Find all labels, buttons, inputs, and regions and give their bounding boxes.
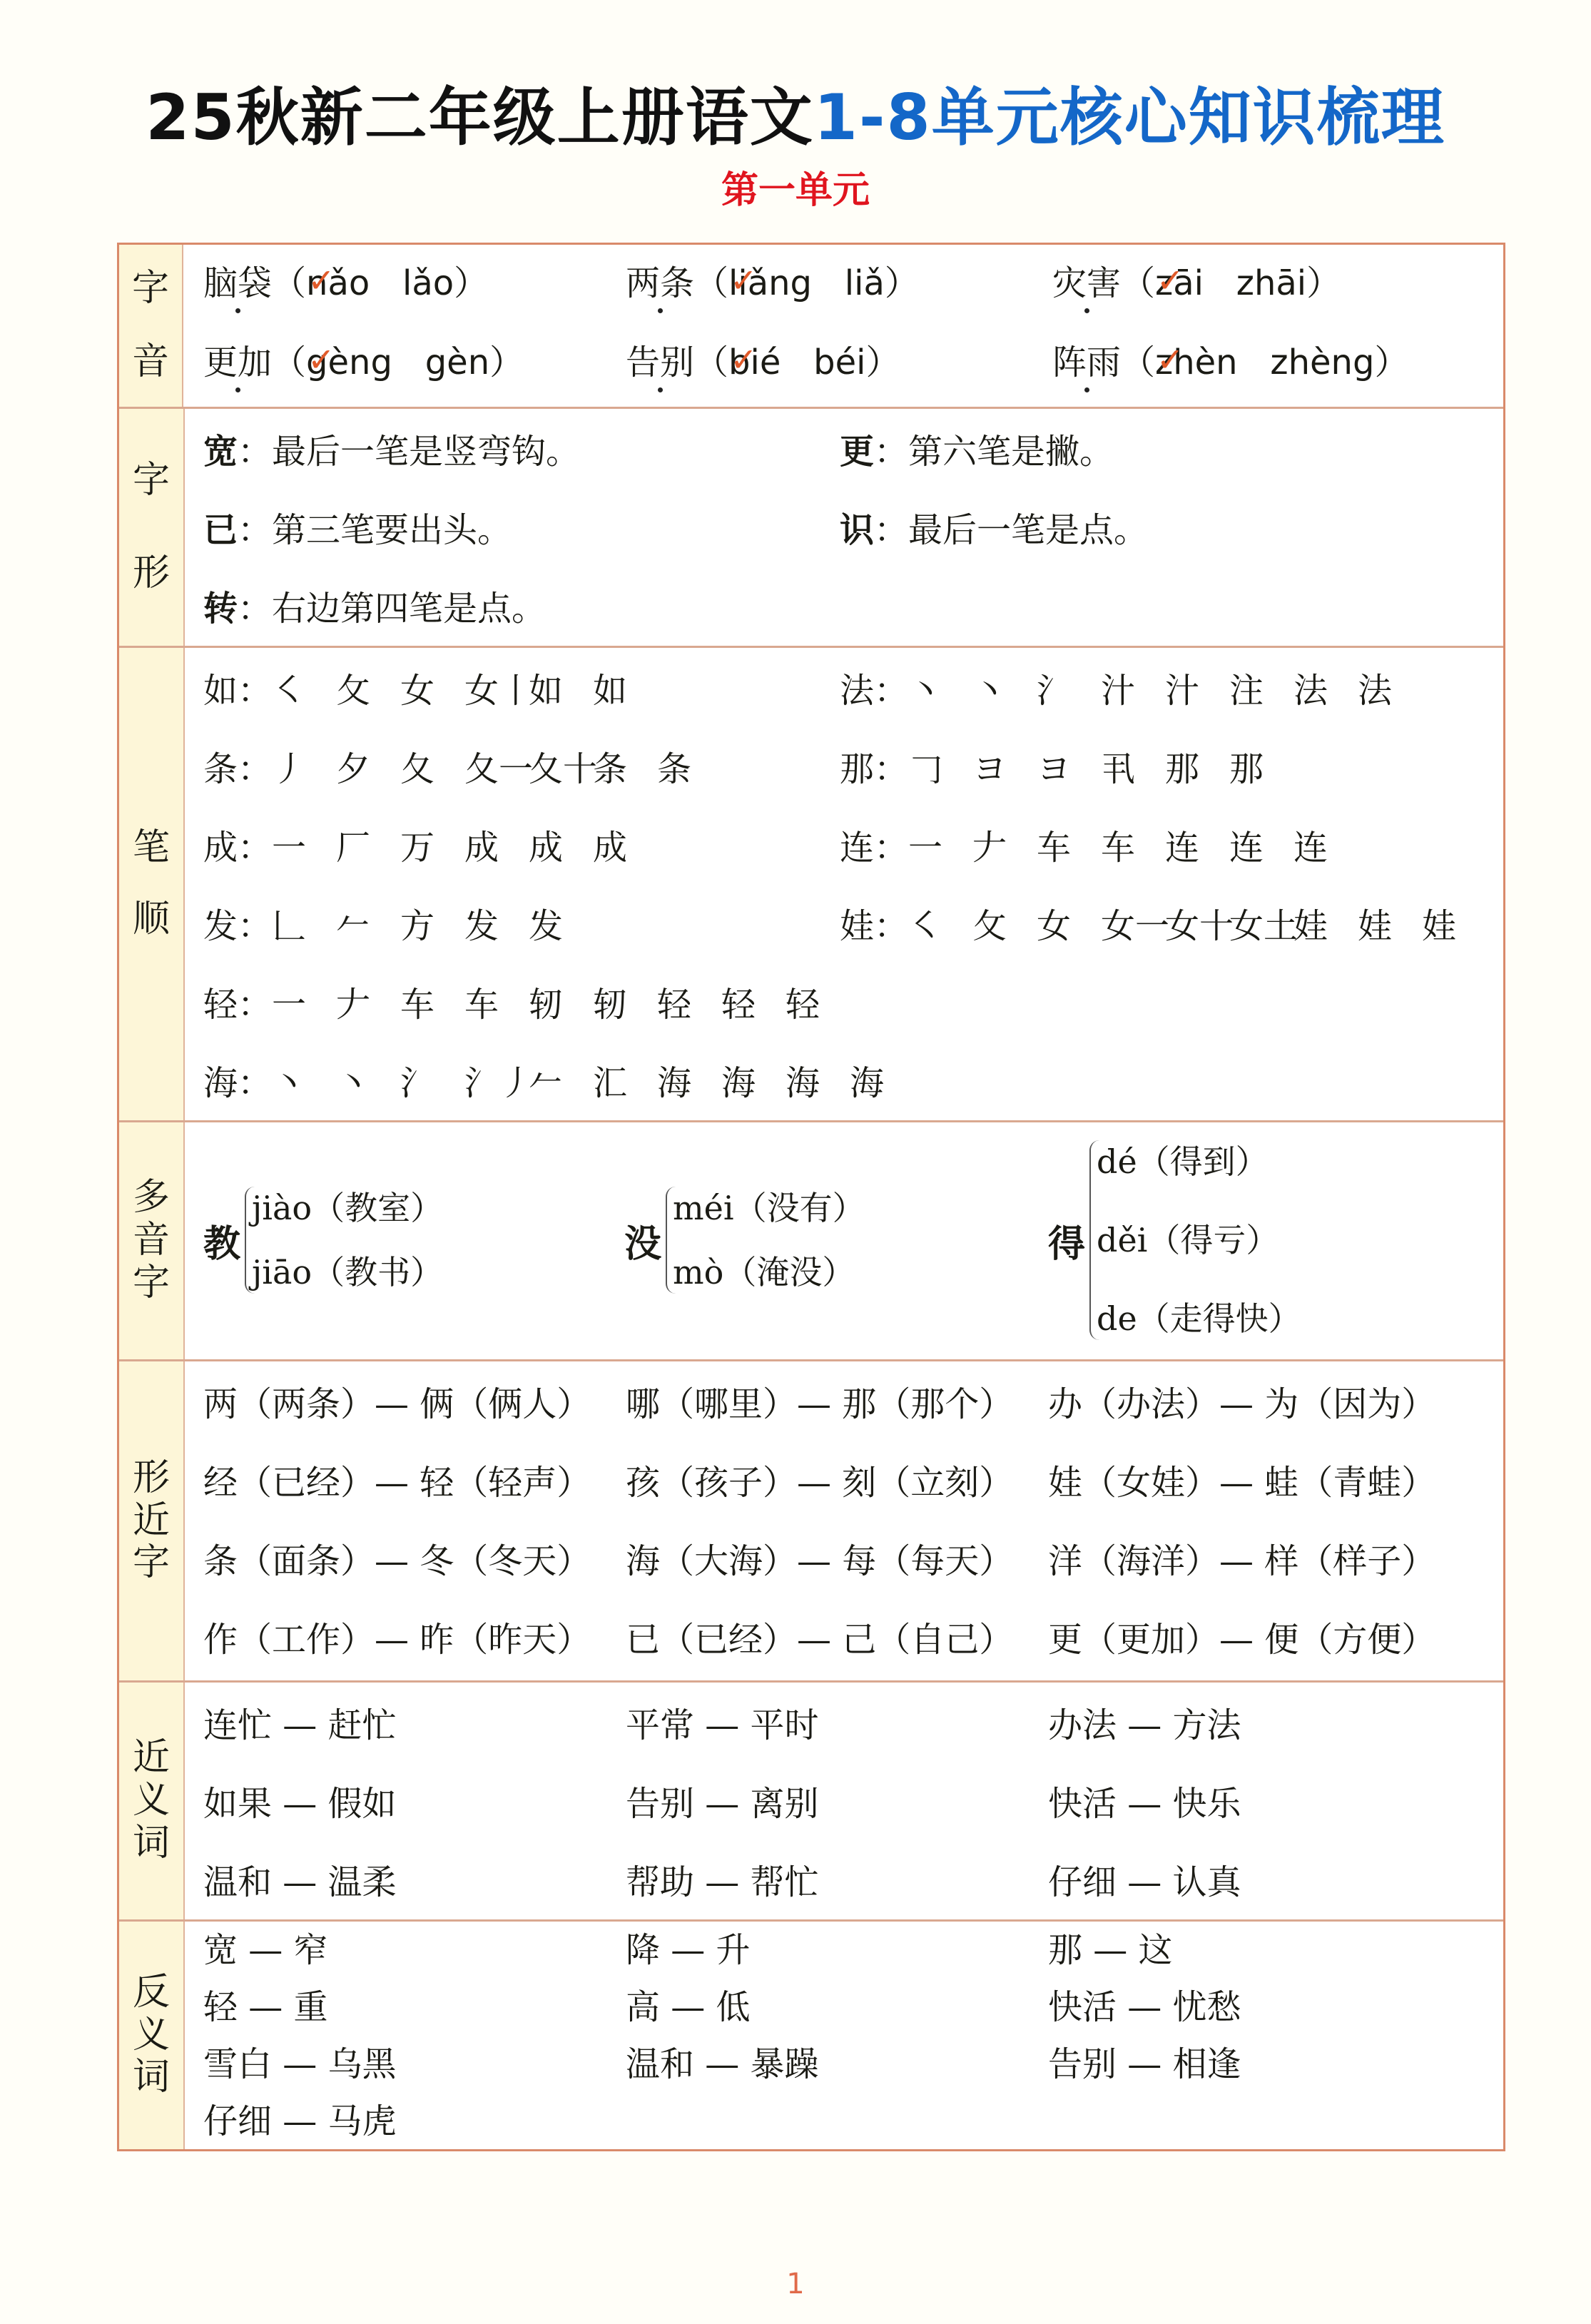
glyph-note-text: ：右边第四笔是点。 [238,589,546,629]
stroke-step: 发 [529,905,593,948]
antonym-pair: 快活 — 忧愁 [1048,1986,1241,2029]
stroke-step: 车 [1037,826,1101,869]
section-zi-yin: 字 音 脑袋（nǎo lǎo） 两条（liǎng liǎ） 灾害（zāi zhā… [119,245,1503,409]
stroke-step: 条 [657,748,721,791]
stroke-order-row: 法：丶丶氵汁汁注法法 [840,669,1422,712]
section-content: 教 jiào（教室） jiāo（教书） 没 méi（没有） mò（淹没） 得 d… [183,1122,1503,1359]
section-content: 如：㇛攵女女丨如如 条：丿夕夂夂一夂十条条 成：一厂万成成成 发：𠃊𠂉方发发 轻… [183,648,1503,1120]
page-number: 1 [0,2268,1591,2300]
polyphone-char: 得 [1048,1214,1085,1267]
label-char: 反 [133,1972,170,2014]
stroke-step: 夂 [400,748,464,791]
stroke-step: 女 [400,669,464,712]
antonym-pair: 降 — 升 [626,1929,751,1972]
stroke-char: 条 [203,749,238,789]
pinyin-item: 灾害（zāi zhāi） [1052,262,1341,305]
stroke-step: 夂十 [529,748,593,791]
stroke-order-row: 轻：一𠂇车车轫轫轻轻轻 [203,983,850,1026]
word: 灾害 [1052,263,1121,303]
stroke-step: 如 [529,669,593,712]
antonym-pair: 那 — 这 [1048,1929,1173,1972]
stroke-step: ヨ [972,748,1037,791]
stroke-step: 丶 [972,669,1037,712]
section-content: 宽 — 窄 降 — 升 那 — 这 轻 — 重 高 — 低 快活 — 忧愁 雪白… [183,1922,1503,2149]
stroke-step: 𠂇 [972,826,1037,869]
label-char: 词 [133,1822,170,1865]
title-blue: 1-8单元核心知识梳理 [814,81,1445,154]
stroke-step: 轻 [786,983,850,1026]
pinyin-option: zhèng [1270,342,1374,382]
stroke-step: 氵 [400,1062,464,1105]
stroke-step: 丮 [1101,748,1165,791]
section-label: 字 音 [119,245,183,407]
stroke-step: 女 [1037,905,1101,948]
antonym-pair: 雪白 — 乌黑 [203,2043,397,2086]
unit-subtitle: 第一单元 [0,166,1591,215]
section-label: 字 形 [119,409,185,646]
stroke-order-row: 条：丿夕夂夂一夂十条条 [203,748,721,791]
word: 脑袋 [203,263,272,303]
title-black: 25秋新二年级上册语文 [146,81,813,154]
stroke-step: 连 [1165,826,1229,869]
stroke-step: 𠃊 [272,905,336,948]
reading: mò（淹没） [673,1251,865,1294]
brace: méi（没有） mò（淹没） [666,1187,865,1294]
stroke-step: ㇛ [272,669,336,712]
stroke-step: 女土 [1229,905,1293,948]
polyphone-item: 没 méi（没有） mò（淹没） [624,1179,865,1301]
word: 阵雨 [1052,342,1121,382]
pinyin-correct: gèng [306,342,392,382]
synonym-pair: 办法 — 方法 [1048,1704,1241,1747]
stroke-step: 女一 [1101,905,1165,948]
pinyin-correct: liǎng [728,263,812,303]
synonym-pair: 温和 — 温柔 [203,1861,397,1904]
stroke-step: 海 [786,1062,850,1105]
synonym-pair: 告别 — 离别 [626,1782,819,1825]
pinyin-item: 阵雨（zhèn zhèng） [1052,341,1408,384]
similar-pair: 海（大海）— 每（每天） [626,1540,1013,1583]
stroke-step: 攵 [972,905,1037,948]
glyph-char: 转 [203,589,238,629]
section-label: 多 音 字 [119,1122,185,1359]
stroke-step: 娃 [1293,905,1358,948]
label-char: 字 [132,268,169,310]
pinyin-item: 告别（bié béi） [626,341,900,384]
polyphone-char: 教 [203,1214,240,1267]
stroke-step: 丶 [272,1062,336,1105]
stroke-step: 方 [400,905,464,948]
stroke-char: 那 [840,749,874,789]
stroke-order-row: 娃：㇛攵女女一女十女土娃娃娃 [840,905,1486,948]
label-char: 笔 [133,827,170,870]
stroke-step: 车 [464,983,529,1026]
stroke-order-row: 那：𠃌ヨヨ丮那那 [840,748,1293,791]
reading: méi（没有） [673,1187,865,1229]
stroke-step: 丶 [908,669,972,712]
stroke-step: 万 [400,826,464,869]
stroke-step: 车 [400,983,464,1026]
stroke-step: 成 [529,826,593,869]
stroke-order-row: 海：丶丶氵氵丿𠂉汇海海海海 [203,1062,914,1105]
antonym-pair: 宽 — 窄 [203,1929,328,1972]
stroke-step: 一 [272,983,336,1026]
similar-pair: 已（已经）— 己（自己） [626,1618,1013,1661]
stroke-char: 成 [203,828,238,868]
glyph-note: 宽：最后一笔是竖弯钩。 [203,430,580,473]
similar-pair: 两（两条）— 俩（俩人） [203,1383,591,1426]
pinyin-option: gèn [425,342,489,382]
stroke-step: 海 [721,1062,786,1105]
stroke-step: 汇 [593,1062,657,1105]
stroke-char: 如 [203,671,238,711]
similar-pair: 条（面条）— 冬（冬天） [203,1540,591,1583]
section-duo-yin-zi: 多 音 字 教 jiào（教室） jiāo（教书） 没 méi（没有） mò（淹… [119,1122,1503,1361]
stroke-step: 如 [593,669,657,712]
stroke-step: 条 [593,748,657,791]
stroke-step: ヨ [1037,748,1101,791]
section-label: 笔 顺 [119,648,185,1120]
pinyin-option: lǎo [402,263,454,303]
glyph-note-text: ：第六笔是撇。 [874,432,1114,472]
similar-pair: 更（更加）— 便（方便） [1048,1618,1435,1661]
pinyin-option: liǎ [845,263,885,303]
stroke-char: 娃 [840,906,874,946]
stroke-order-row: 成：一厂万成成成 [203,826,657,869]
word: 两条 [626,263,694,303]
brace: dé（得到） děi（得亏） de（走得快） [1089,1140,1301,1340]
stroke-step: 车 [1101,826,1165,869]
synonym-pair: 帮助 — 帮忙 [626,1861,819,1904]
antonym-pair: 告别 — 相逢 [1048,2043,1241,2086]
stroke-step: 法 [1293,669,1358,712]
stroke-order-row: 如：㇛攵女女丨如如 [203,669,657,712]
section-jin-yi-ci: 近 义 词 连忙 — 赶忙 平常 — 平时 办法 — 方法 如果 — 假如 告别… [119,1683,1503,1922]
similar-pair: 作（工作）— 昨（昨天） [203,1618,591,1661]
antonym-pair: 温和 — 暴躁 [626,2043,819,2086]
similar-pair: 娃（女娃）— 蛙（青蛙） [1048,1461,1435,1504]
pinyin-correct: zhèn [1155,342,1238,382]
label-char: 音 [132,341,169,384]
similar-pair: 洋（海洋）— 样（样子） [1048,1540,1435,1583]
section-bi-shun: 笔 顺 如：㇛攵女女丨如如 条：丿夕夂夂一夂十条条 成：一厂万成成成 发：𠃊𠂉方… [119,648,1503,1122]
stroke-step: 连 [1293,826,1358,869]
pinyin-item: 两条（liǎng liǎ） [626,262,919,305]
glyph-char: 已 [203,510,238,550]
stroke-char: 法 [840,671,874,711]
stroke-char: 发 [203,906,238,946]
stroke-step: 一 [272,826,336,869]
stroke-step: 𠃌 [908,748,972,791]
stroke-step: 汁 [1101,669,1165,712]
stroke-step: 娃 [1358,905,1422,948]
glyph-char: 识 [840,510,874,550]
page-title: 25秋新二年级上册语文1-8单元核心知识梳理 [0,75,1591,161]
stroke-char: 轻 [203,985,238,1025]
polyphone-char: 没 [624,1214,661,1267]
label-char: 形 [133,1457,170,1500]
section-fan-yi-ci: 反 义 词 宽 — 窄 降 — 升 那 — 这 轻 — 重 高 — 低 快活 —… [119,1922,1503,2149]
label-char: 义 [133,2014,170,2057]
reading: děi（得亏） [1097,1219,1301,1262]
label-char: 字 [133,1262,170,1305]
glyph-note: 更：第六笔是撇。 [840,430,1114,473]
stroke-step: 法 [1358,669,1422,712]
similar-pair: 经（已经）— 轻（轻声） [203,1461,591,1504]
glyph-char: 宽 [203,432,238,472]
label-char: 字 [133,1542,170,1585]
synonym-pair: 仔细 — 认真 [1048,1861,1241,1904]
stroke-step: 汁 [1165,669,1229,712]
label-char: 义 [133,1780,170,1822]
stroke-step: 夂一 [464,748,529,791]
synonym-pair: 连忙 — 赶忙 [203,1704,397,1747]
label-char: 词 [133,2056,170,2099]
section-label: 近 义 词 [119,1683,185,1919]
stroke-step: 丿 [272,748,336,791]
stroke-step: 那 [1229,748,1293,791]
section-content: 两（两条）— 俩（俩人） 哪（哪里）— 那（那个） 办（办法）— 为（因为） 经… [183,1361,1503,1680]
stroke-char: 连 [840,828,874,868]
glyph-note: 识：最后一笔是点。 [840,509,1148,552]
pinyin-item: 脑袋（nǎo lǎo） [203,262,488,305]
stroke-step: 轫 [529,983,593,1026]
stroke-step: 轻 [721,983,786,1026]
reading: jiāo（教书） [252,1251,443,1294]
glyph-note: 已：第三笔要出头。 [203,509,512,552]
label-char: 多 [133,1177,170,1219]
pinyin-option: béi [813,342,865,382]
label-char: 形 [133,552,170,595]
stroke-step: 氵丿 [464,1062,529,1105]
glyph-note-text: ：第三笔要出头。 [238,510,512,550]
word: 更加 [203,342,272,382]
glyph-note: 转：右边第四笔是点。 [203,587,546,630]
stroke-step: 女十 [1165,905,1229,948]
stroke-step: 𠂉 [336,905,400,948]
stroke-step: ㇛ [908,905,972,948]
stroke-order-row: 连：一𠂇车车连连连 [840,826,1358,869]
section-content: 连忙 — 赶忙 平常 — 平时 办法 — 方法 如果 — 假如 告别 — 离别 … [183,1683,1503,1919]
synonym-pair: 快活 — 快乐 [1048,1782,1241,1825]
label-char: 顺 [133,898,170,941]
section-content: 脑袋（nǎo lǎo） 两条（liǎng liǎ） 灾害（zāi zhāi） 更… [183,245,1503,407]
pinyin-item: 更加（gèng gèn） [203,341,524,384]
reading: de（走得快） [1097,1297,1301,1340]
stroke-step: 𠂉 [529,1062,593,1105]
stroke-step: 发 [464,905,529,948]
label-char: 音 [133,1219,170,1262]
antonym-pair: 仔细 — 马虎 [203,2100,397,2143]
word: 告别 [626,342,694,382]
antonym-pair: 轻 — 重 [203,1986,328,2029]
stroke-step: 成 [593,826,657,869]
pinyin-option: zhāi [1236,263,1306,303]
synonym-pair: 如果 — 假如 [203,1782,397,1825]
stroke-step: 厂 [336,826,400,869]
stroke-step: 海 [850,1062,914,1105]
section-content: 宽：最后一笔是竖弯钩。 更：第六笔是撇。 已：第三笔要出头。 识：最后一笔是点。… [183,409,1503,646]
similar-pair: 办（办法）— 为（因为） [1048,1383,1435,1426]
stroke-step: 海 [657,1062,721,1105]
stroke-step: 攵 [336,669,400,712]
reading: dé（得到） [1097,1140,1301,1183]
polyphone-item: 得 dé（得到） děi（得亏） de（走得快） [1048,1137,1301,1344]
similar-pair: 哪（哪里）— 那（那个） [626,1383,1013,1426]
glyph-note-text: ：最后一笔是点。 [874,510,1148,550]
stroke-step: 轻 [657,983,721,1026]
stroke-step: 轫 [593,983,657,1026]
antonym-pair: 高 — 低 [626,1986,751,2029]
stroke-char: 海 [203,1063,238,1103]
similar-pair: 孩（孩子）— 刻（立刻） [626,1461,1013,1504]
polyphone-item: 教 jiào（教室） jiāo（教书） [203,1179,443,1301]
stroke-step: 𠂇 [336,983,400,1026]
stroke-order-row: 发：𠃊𠂉方发发 [203,905,593,948]
pinyin-correct: zāi [1155,263,1204,303]
stroke-step: 娃 [1422,905,1486,948]
label-char: 近 [133,1500,170,1543]
stroke-step: 那 [1165,748,1229,791]
pinyin-correct: nǎo [306,263,370,303]
label-char: 字 [133,460,170,502]
stroke-step: 丶 [336,1062,400,1105]
label-char: 近 [133,1737,170,1780]
section-zi-xing: 字 形 宽：最后一笔是竖弯钩。 更：第六笔是撇。 已：第三笔要出头。 识：最后一… [119,409,1503,648]
stroke-step: 注 [1229,669,1293,712]
section-label: 反 义 词 [119,1922,185,2149]
pinyin-correct: bié [728,342,781,382]
stroke-step: 成 [464,826,529,869]
stroke-step: 夕 [336,748,400,791]
stroke-step: 连 [1229,826,1293,869]
glyph-char: 更 [840,432,874,472]
section-label: 形 近 字 [119,1361,185,1680]
section-xing-jin-zi: 形 近 字 两（两条）— 俩（俩人） 哪（哪里）— 那（那个） 办（办法）— 为… [119,1361,1503,1683]
stroke-step: 女丨 [464,669,529,712]
stroke-step: 氵 [1037,669,1101,712]
knowledge-table: 字 音 脑袋（nǎo lǎo） 两条（liǎng liǎ） 灾害（zāi zhā… [117,243,1505,2151]
brace: jiào（教室） jiāo（教书） [245,1187,443,1294]
glyph-note-text: ：最后一笔是竖弯钩。 [238,432,580,472]
stroke-step: 一 [908,826,972,869]
synonym-pair: 平常 — 平时 [626,1704,819,1747]
reading: jiào（教室） [252,1187,443,1229]
